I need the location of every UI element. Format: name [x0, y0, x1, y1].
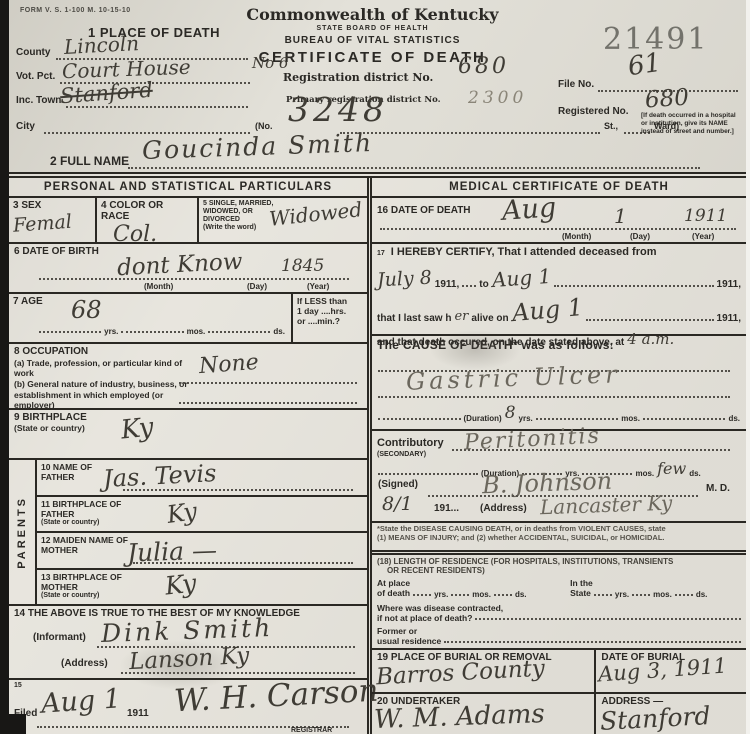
- cause-yrs-label: yrs.: [519, 414, 533, 423]
- less-than-day-field: If LESS than 1 day ....hrs. or ....min.?: [293, 294, 367, 342]
- certificate-body: PERSONAL AND STATISTICAL PARTICULARS 3 S…: [9, 172, 746, 734]
- registration-district-value: 680: [458, 54, 509, 79]
- signed-label: (Signed): [378, 479, 418, 490]
- st-label: St.,: [604, 121, 618, 131]
- dod-year-sublabel: (Year): [692, 232, 714, 241]
- dob-rule: [39, 276, 349, 280]
- attended-from-year: 1911,: [435, 279, 459, 290]
- contracted-label2: if not at place of death?: [377, 613, 472, 623]
- county-value: Lincoln: [63, 31, 139, 59]
- atp-ds: ds.: [515, 590, 527, 599]
- dob-day-sublabel: (Day): [247, 282, 267, 291]
- atp-yrs: yrs.: [434, 590, 448, 599]
- contributory-block: Contributory (SECONDARY) Peritonitis (Du…: [372, 431, 746, 523]
- father-birthplace-field: 11 BIRTHPLACE OF FATHER (State or countr…: [37, 497, 367, 534]
- to-label: to: [479, 279, 488, 290]
- father-birthplace-label: 11 BIRTHPLACE OF FATHER: [41, 499, 131, 519]
- inc-town-label: Inc. Town: [16, 95, 61, 106]
- date-of-death-field: 16 DATE OF DEATH Aug 1 1911 (Month) (Day…: [372, 198, 746, 244]
- county-label: County: [16, 47, 50, 58]
- burial-row: 19 PLACE OF BURIAL OR REMOVAL Barros Cou…: [372, 650, 746, 694]
- md-label: M. D.: [706, 483, 730, 494]
- death-certificate-scan: FORM V. S. 1-100 M. 10-15-10 1 PLACE OF …: [0, 0, 750, 734]
- dob-year-value: 1845: [281, 256, 324, 276]
- filed-date-value: Aug 1: [40, 683, 122, 720]
- last-alive-year: 1911,: [717, 313, 741, 324]
- contributory-label: Contributory: [377, 437, 444, 449]
- registered-no-label: Registered No.: [558, 106, 629, 117]
- undertaker-address-field: ADDRESS — Stanford: [596, 694, 746, 734]
- physician-address-value: Lancaster Ky: [540, 491, 673, 520]
- attended-from-value: July 8: [376, 266, 432, 291]
- informant-address-rule: [121, 670, 355, 674]
- form-code: FORM V. S. 1-100 M. 10-15-10: [20, 7, 131, 14]
- scan-edge-left: [0, 0, 9, 734]
- mother-name-field: 12 MAIDEN NAME OF MOTHER Julia —: [37, 533, 367, 570]
- registered-no-value: 680: [644, 85, 690, 114]
- scan-edge-right: [746, 0, 750, 734]
- last-alive-value: Aug 1: [511, 293, 584, 327]
- occupation-field: 8 OCCUPATION (a) Trade, profession, or p…: [9, 344, 367, 410]
- sex-color-marital-row: 3 SEX Femal 4 COLOR OR RACE Col. 5 SINGL…: [9, 198, 367, 244]
- dod-day-sublabel: (Day): [630, 232, 650, 241]
- residence-label2: OR RECENT RESIDENTS): [387, 566, 741, 575]
- in-state-label1: In the: [570, 578, 741, 588]
- informant-label: (Informant): [33, 632, 86, 643]
- age-row: 7 AGE 68 yrs. mos. ds. If LESS than 1 da…: [9, 294, 367, 344]
- house-no-value: 3248: [288, 90, 388, 129]
- signed-year-print: 191...: [434, 503, 459, 514]
- dob-year-sublabel: (Year): [307, 282, 329, 291]
- street-rule: [340, 130, 600, 134]
- personal-section-title: PERSONAL AND STATISTICAL PARTICULARS: [9, 178, 367, 198]
- residence-label: (18) LENGTH OF RESIDENCE (FOR HOSPITALS,…: [377, 557, 741, 566]
- former-label1: Former or: [377, 626, 741, 636]
- footnote-line2: (1) MEANS OF INJURY; and (2) whether ACC…: [377, 534, 741, 543]
- certify-text: I HEREBY CERTIFY, That I attended deceas…: [391, 246, 657, 258]
- age-ds-label: ds.: [273, 327, 285, 336]
- marital-label: 5 SINGLE, MARRIED, WIDOWED, OR DIVORCED: [203, 200, 275, 224]
- file-no-label: File No.: [558, 79, 594, 90]
- father-birthplace-value: Ky: [165, 497, 199, 529]
- dob-field: 6 DATE OF BIRTH dont Know 1845 (Month) (…: [9, 244, 367, 294]
- cause-duration-label: (Duration): [464, 414, 502, 423]
- full-name-rule: [128, 165, 700, 169]
- undertaker-value: W. M. Adams: [374, 699, 546, 734]
- at-place-label1: At place: [377, 578, 562, 588]
- atp-mos: mos.: [472, 590, 491, 599]
- bureau-line: BUREAU OF VITAL STATISTICS: [200, 35, 545, 46]
- attended-to-value: Aug 1: [491, 264, 552, 292]
- date-of-death-year: 1911: [684, 206, 727, 226]
- undertaker-address-value: Stanford: [600, 701, 712, 734]
- dod-rule: [380, 226, 736, 230]
- certify-no: 17: [377, 250, 385, 258]
- parents-block: PARENTS 10 NAME OF FATHER Jas. Tevis 11 …: [9, 460, 367, 606]
- birthplace-sublabel: (State or country): [14, 423, 362, 433]
- in-state-label2: State: [570, 588, 591, 598]
- less-line2: 1 day ....hrs.: [297, 306, 363, 316]
- birthplace-value: Ky: [120, 412, 155, 445]
- age-label: 7 AGE: [13, 296, 287, 307]
- father-birthplace-sublabel: (State or country): [41, 519, 363, 527]
- precinct-no-value: No 6: [252, 54, 288, 72]
- cause-of-death-block: The CAUSE OF DEATH* was as follows: Gast…: [372, 336, 746, 432]
- mother-birthplace-sublabel: (State or country): [41, 592, 363, 600]
- footnote-block: *State the DISEASE CAUSING DEATH, or in …: [372, 523, 746, 555]
- date-of-death-label: 16 DATE OF DEATH: [377, 205, 471, 216]
- informant-block: 14 THE ABOVE IS TRUE TO THE BEST OF MY K…: [9, 606, 367, 680]
- burial-place-field: 19 PLACE OF BURIAL OR REMOVAL Barros Cou…: [372, 650, 596, 692]
- cause-duration-yrs-value: 8: [505, 403, 516, 423]
- cause-value: Gastric Ulcer: [406, 360, 622, 395]
- occupation-b-rule: [179, 400, 357, 404]
- less-line3: or ....min.?: [297, 316, 363, 326]
- contrib-ds-value: few: [657, 459, 686, 478]
- occupation-b-label: (b) General nature of industry, business…: [14, 379, 189, 410]
- birthplace-field: 9 BIRTHPLACE (State or country) Ky: [9, 410, 367, 460]
- father-name-rule: [123, 487, 353, 491]
- state-board-line: STATE BOARD OF HEALTH: [200, 25, 545, 32]
- sex-value: Femal: [12, 209, 91, 236]
- alive-on-text: alive on: [471, 313, 508, 324]
- age-yrs-label: yrs.: [104, 327, 118, 336]
- medical-section-title: MEDICAL CERTIFICATE OF DEATH: [372, 178, 746, 198]
- marital-field: 5 SINGLE, MARRIED, WIDOWED, OR DIVORCED …: [199, 198, 367, 242]
- last-saw-text: that I last saw h: [377, 313, 451, 324]
- burial-date-field: DATE OF BURIAL Aug 3, 1911: [596, 650, 746, 692]
- certify-block: 17 I HEREBY CERTIFY, That I attended dec…: [372, 244, 746, 336]
- her-value: er: [454, 309, 468, 324]
- registration-district-label: Registration district No.: [283, 71, 433, 84]
- primary-district-value: 2300: [468, 88, 527, 108]
- scan-corner-artifact: [0, 714, 26, 734]
- commonwealth-title: Commonwealth of Kentucky: [200, 5, 545, 24]
- date-of-death-month: Aug: [501, 192, 557, 227]
- parents-vertical-label: PARENTS: [9, 460, 37, 604]
- mother-birthplace-label: 13 BIRTHPLACE OF MOTHER: [41, 572, 131, 592]
- color-field: 4 COLOR OR RACE Col.: [97, 198, 199, 242]
- undertaker-row: 20 UNDERTAKER W. M. Adams ADDRESS — Stan…: [372, 694, 746, 734]
- file-no-value: 61: [626, 48, 663, 82]
- vot-pct-label: Vot. Pct.: [16, 71, 55, 82]
- medical-column: MEDICAL CERTIFICATE OF DEATH 16 DATE OF …: [372, 178, 746, 734]
- at-place-label2: of death: [377, 588, 410, 598]
- filed-year: 1911: [127, 708, 149, 719]
- signed-date-value: 8/1: [382, 493, 413, 515]
- informant-address-label: (Address): [61, 658, 108, 669]
- dob-month-sublabel: (Month): [144, 282, 173, 291]
- registrar-label: REGISTRAR: [291, 727, 332, 734]
- registrar-signature: W. H. Carson: [173, 673, 379, 720]
- in-state-field: In the State yrs. mos. ds.: [562, 578, 741, 598]
- dod-month-sublabel: (Month): [562, 232, 591, 241]
- mother-birthplace-value: Ky: [164, 568, 198, 600]
- city-no-label: (No.: [255, 121, 273, 131]
- contrib-ds-label: ds.: [689, 469, 701, 478]
- cause-mos-label: mos.: [621, 414, 640, 423]
- color-label: 4 COLOR OR RACE: [101, 200, 193, 222]
- age-field: 7 AGE 68 yrs. mos. ds.: [9, 294, 293, 342]
- undertaker-field: 20 UNDERTAKER W. M. Adams: [372, 694, 596, 734]
- occupation-a-rule: [179, 380, 357, 384]
- cause-rule-2: [378, 394, 730, 398]
- full-name-label: 2 FULL NAME: [50, 154, 129, 168]
- occupation-a-value: None: [198, 350, 259, 379]
- mother-birthplace-field: 13 BIRTHPLACE OF MOTHER (State or countr…: [37, 570, 367, 605]
- contrib-mos-label: mos.: [635, 469, 654, 478]
- age-mos-label: mos.: [187, 327, 206, 336]
- filed-block: 15 Filed Aug 1 1911 W. H. Carson REGISTR…: [9, 680, 367, 734]
- occupation-a-label: (a) Trade, profession, or particular kin…: [14, 358, 189, 378]
- personal-column: PERSONAL AND STATISTICAL PARTICULARS 3 S…: [9, 178, 372, 734]
- former-label2: usual residence: [377, 636, 441, 646]
- mother-name-rule: [133, 560, 353, 564]
- cause-label: The CAUSE OF DEATH* was as follows:: [377, 338, 741, 352]
- city-label: City: [16, 121, 35, 132]
- less-line1: If LESS than: [297, 296, 363, 306]
- father-name-field: 10 NAME OF FATHER Jas. Tevis: [37, 460, 367, 497]
- cause-ds-label: ds.: [728, 414, 740, 423]
- attended-to-year: 1911,: [717, 279, 741, 290]
- sex-field: 3 SEX Femal: [9, 198, 97, 242]
- contributory-rule: [452, 447, 730, 451]
- hospital-note: [If death occurred in a hospital or inst…: [641, 112, 740, 135]
- mother-name-label: 12 MAIDEN NAME OF MOTHER: [41, 535, 131, 555]
- ins-yrs: yrs.: [615, 590, 629, 599]
- secondary-label: (SECONDARY): [377, 451, 741, 459]
- age-value: 68: [71, 296, 102, 324]
- ins-mos: mos.: [653, 590, 672, 599]
- residence-block: (18) LENGTH OF RESIDENCE (FOR HOSPITALS,…: [372, 555, 746, 651]
- birthplace-label: 9 BIRTHPLACE: [14, 412, 362, 423]
- ins-ds: ds.: [696, 590, 708, 599]
- contracted-label1: Where was disease contracted,: [377, 603, 741, 613]
- physician-address-label: (Address): [480, 503, 527, 514]
- occupation-label: 8 OCCUPATION: [14, 346, 362, 357]
- date-of-death-day: 1: [614, 204, 627, 228]
- at-place-field: At place of death yrs. mos. ds.: [377, 578, 562, 598]
